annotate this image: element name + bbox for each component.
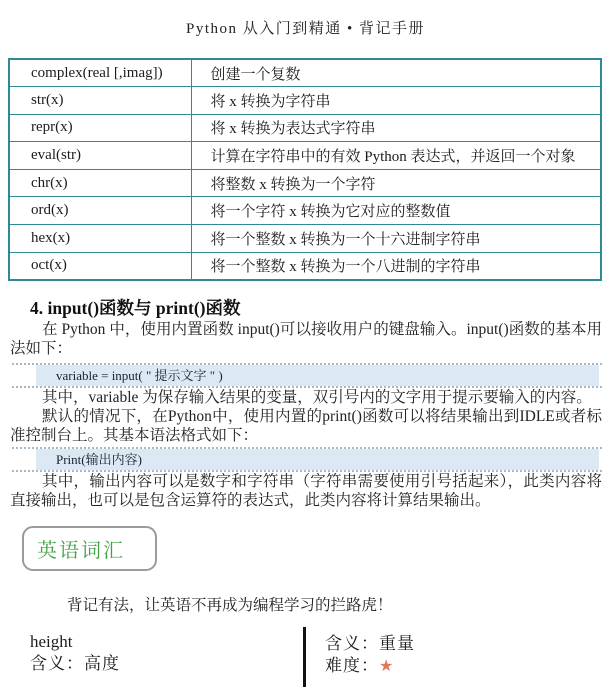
table-row: hex(x) 将一个整数 x 转换为一个十六进制字符串 <box>9 225 601 253</box>
code-text: Print(输出内容) <box>36 449 599 470</box>
page-header-title: Python 从入门到精通 • 背记手册 <box>0 0 611 38</box>
description-cell: 将一个整数 x 转换为一个八进制的字符串 <box>191 252 601 280</box>
vocab-entry-right: 含义：重量 难度：★ <box>325 633 415 678</box>
function-table: complex(real [,imag]) 创建一个复数 str(x) 将 x … <box>8 58 602 281</box>
section-heading: 4. input()函数与 print()函数 <box>30 295 611 320</box>
vocab-word: height <box>30 631 120 653</box>
vocab-entry-left: height 含义：高度 <box>30 631 120 675</box>
table-row: oct(x) 将一个整数 x 转换为一个八进制的字符串 <box>9 252 601 280</box>
description-cell: 将 x 转换为字符串 <box>191 87 601 115</box>
english-vocab-box: 英语词汇 <box>22 526 157 571</box>
table-row: ord(x) 将一个字符 x 转换为它对应的整数值 <box>9 197 601 225</box>
code-text: variable = input( " 提示文字 " ) <box>36 365 599 386</box>
description-cell: 将一个整数 x 转换为一个十六进制字符串 <box>191 225 601 253</box>
function-cell: eval(str) <box>9 142 191 170</box>
vocab-meaning: 含义：高度 <box>30 653 120 675</box>
vocab-slogan: 背记有法，让英语不再成为编程学习的拦路虎！ <box>67 593 611 615</box>
paragraph-print-intro: 默认的情况下，在Python中，使用内置的print()函数可以将结果输出到ID… <box>10 407 602 445</box>
function-cell: repr(x) <box>9 114 191 142</box>
table-row: chr(x) 将整数 x 转换为一个字符 <box>9 169 601 197</box>
table-row: eval(str) 计算在字符串中的有效 Python 表达式，并返回一个对象 <box>9 142 601 170</box>
table-row: repr(x) 将 x 转换为表达式字符串 <box>9 114 601 142</box>
book-page: Python 从入门到精通 • 背记手册 complex(real [,imag… <box>0 0 611 698</box>
paragraph-variable-explain: 其中，variable 为保存输入结果的变量，双引号内的文字用于提示要输入的内容… <box>10 388 602 407</box>
code-block-print-syntax: Print(输出内容) <box>12 447 602 472</box>
vocab-section: height 含义：高度 含义：重量 难度：★ <box>0 627 611 687</box>
vocab-meaning: 含义：重量 <box>325 633 415 655</box>
star-icon: ★ <box>379 658 394 675</box>
vocab-difficulty: 难度：★ <box>325 655 415 678</box>
vocab-difficulty-label: 难度： <box>325 656 379 675</box>
table-row: str(x) 将 x 转换为字符串 <box>9 87 601 115</box>
paragraph-input-intro: 在 Python 中，使用内置函数 input()可以接收用户的键盘输入。inp… <box>10 320 602 358</box>
description-cell: 将整数 x 转换为一个字符 <box>191 169 601 197</box>
function-cell: complex(real [,imag]) <box>9 59 191 87</box>
description-cell: 创建一个复数 <box>191 59 601 87</box>
function-cell: chr(x) <box>9 169 191 197</box>
paragraph-output-explain: 其中，输出内容可以是数字和字符串（字符串需要使用引号括起来），此类内容将直接输出… <box>10 472 602 510</box>
function-cell: str(x) <box>9 87 191 115</box>
table-row: complex(real [,imag]) 创建一个复数 <box>9 59 601 87</box>
function-cell: ord(x) <box>9 197 191 225</box>
code-block-input-syntax: variable = input( " 提示文字 " ) <box>12 363 602 388</box>
english-vocab-label: 英语词汇 <box>37 534 125 563</box>
description-cell: 将一个字符 x 转换为它对应的整数值 <box>191 197 601 225</box>
function-cell: hex(x) <box>9 225 191 253</box>
description-cell: 将 x 转换为表达式字符串 <box>191 114 601 142</box>
vocab-column-divider <box>303 627 306 687</box>
function-cell: oct(x) <box>9 252 191 280</box>
description-cell: 计算在字符串中的有效 Python 表达式，并返回一个对象 <box>191 142 601 170</box>
